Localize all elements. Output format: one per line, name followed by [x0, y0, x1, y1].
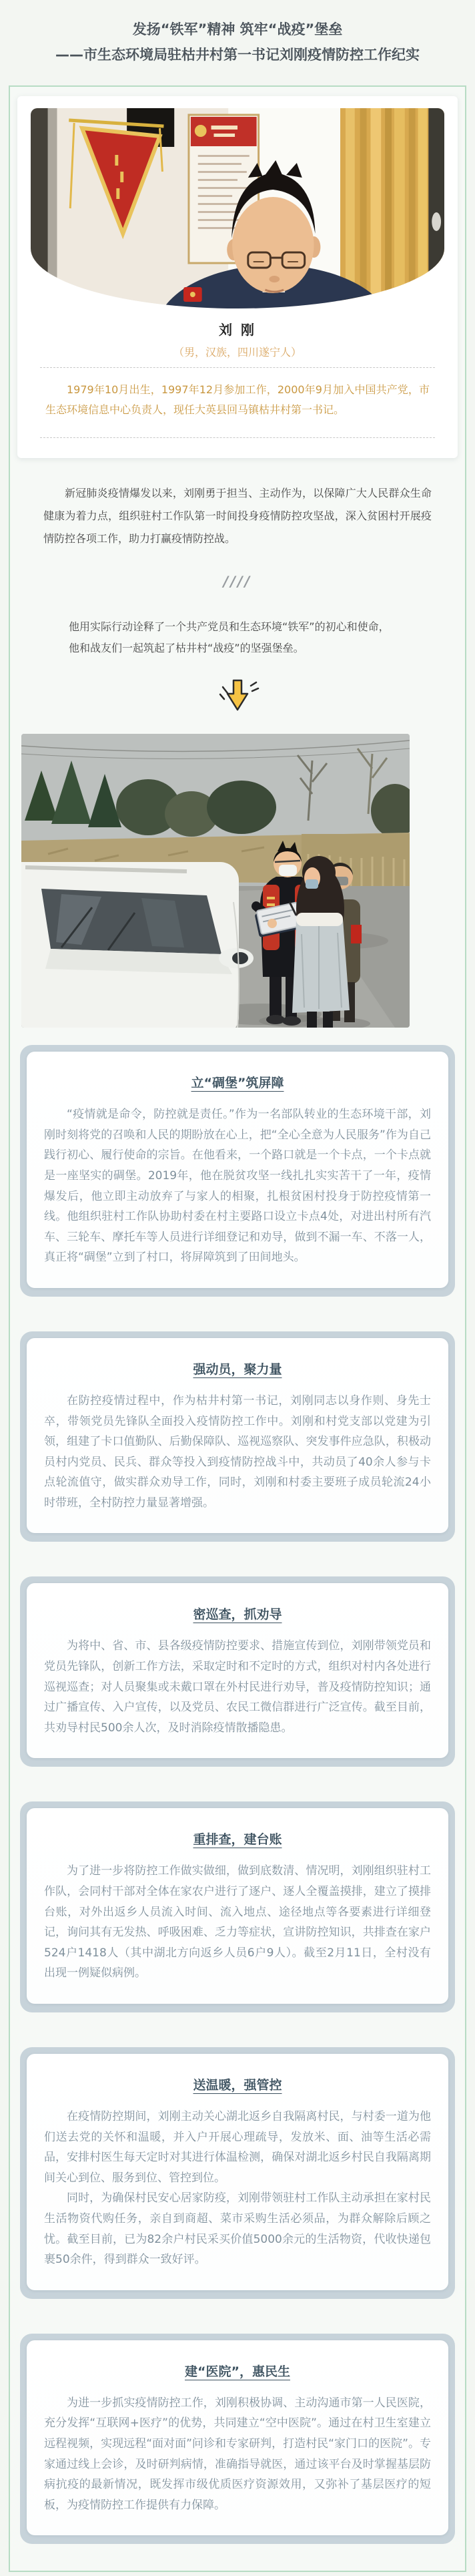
person-bio: 1979年10月出生，1997年12月参加工作，2000年9月加入中国共产党，市… [45, 380, 430, 421]
section-title-4: 重排查，建台账 [44, 1830, 431, 1848]
section-card-4: 重排查，建台账 为了进一步将防控工作做实做细，做到底数清、情况明，刘刚组织驻村工… [20, 1801, 455, 2012]
section-title-3: 密巡查，抓劝导 [44, 1604, 431, 1623]
person-name: 刘 刚 [31, 319, 444, 339]
section-title-6: 建“医院”，惠民生 [44, 2362, 431, 2380]
intro-paragraph: 新冠肺炎疫情爆发以来，刘刚勇于担当、主动作为，以保障广大人民群众生命健康为着力点… [43, 482, 432, 550]
section-card-1: 立“碉堡”筑屏障 “疫情就是命令，防控就是责任。”作为一名部队转业的生态环境干部… [20, 1045, 455, 1297]
section-card-3-inner: 密巡查，抓劝导 为将中、省、市、县各级疫情防控要求、措施宣传到位，刘刚带领党员和… [27, 1583, 448, 1758]
page-title-line1: 发扬“铁军”精神 筑牢“战疫”堡垒 [12, 17, 463, 43]
intro-quotes: 他用实际行动诠释了一个共产党员和生态环境“铁军”的初心和使命， 他和战友们一起筑… [69, 616, 438, 659]
section-paragraph: 在疫情防控期间，刘刚主动关心湖北返乡自我隔离村民，与村委一道为他们送去党的关怀和… [44, 2107, 431, 2188]
article-page: 发扬“铁军”精神 筑牢“战疫”堡垒 ——市生态环境局驻枯井村第一书记刘刚疫情防控… [0, 0, 475, 2572]
office-photo [31, 108, 444, 308]
section-card-3: 密巡查，抓劝导 为将中、省、市、县各级疫情防控要求、措施宣传到位，刘刚带领党员和… [20, 1576, 455, 1767]
section-card-2-inner: 强动员，聚力量 在防控疫情过程中，作为枯井村第一书记，刘刚同志以身作则、身先士卒… [27, 1338, 448, 1534]
checkpoint-photo [21, 734, 410, 1028]
white-suv [21, 862, 254, 1028]
person-subtitle: （男，汉族，四川遂宁人） [31, 344, 444, 359]
quote-line2: 他和战友们一起筑起了枯井村“战疫”的坚强堡垒。 [69, 638, 438, 659]
page-title: 发扬“铁军”精神 筑牢“战疫”堡垒 ——市生态环境局驻枯井村第一书记刘刚疫情防控… [12, 17, 463, 68]
section-title-5: 送温暖，强管控 [44, 2075, 431, 2093]
page-title-line2: ——市生态环境局驻枯井村第一书记刘刚疫情防控工作纪实 [12, 43, 463, 68]
section-card-6: 建“医院”，惠民生 为进一步抓实疫情防控工作，刘刚积极协调、主动沟通市第一人民医… [20, 2334, 455, 2545]
office-photo-illustration [31, 108, 444, 308]
section-title-2: 强动员，聚力量 [44, 1359, 431, 1377]
section-card-5: 送温暖，强管控 在疫情防控期间，刘刚主动关心湖北返乡自我隔离村民，与村委一道为他… [20, 2047, 455, 2299]
checkpoint-photo-illustration [21, 734, 410, 1028]
down-arrow-icon [207, 676, 268, 714]
section-paragraph: 为将中、省、市、县各级疫情防控要求、措施宣传到位，刘刚带领党员和党员先锋队，创新… [44, 1636, 431, 1738]
green-border-container: 刘 刚 （男，汉族，四川遂宁人） 1979年10月出生，1997年12月参加工作… [9, 85, 466, 2573]
quote-line1: 他用实际行动诠释了一个共产党员和生态环境“铁军”的初心和使命， [69, 616, 438, 638]
section-card-4-inner: 重排查，建台账 为了进一步将防控工作做实做细，做到底数清、情况明，刘刚组织驻村工… [27, 1808, 448, 2004]
article-header: 发扬“铁军”精神 筑牢“战疫”堡垒 ——市生态环境局驻枯井村第一书记刘刚疫情防控… [0, 0, 475, 85]
dashed-divider-bottom [40, 437, 435, 438]
dashed-divider-top [40, 367, 435, 368]
section-title-1: 立“碉堡”筑屏障 [44, 1073, 431, 1091]
section-card-5-inner: 送温暖，强管控 在疫情防控期间，刘刚主动关心湖北返乡自我隔离村民，与村委一道为他… [27, 2054, 448, 2290]
section-card-2: 强动员，聚力量 在防控疫情过程中，作为枯井村第一书记，刘刚同志以身作则、身先士卒… [20, 1331, 455, 1542]
section-paragraph: 为进一步抓实疫情防控工作，刘刚积极协调、主动沟通市第一人民医院，充分发挥“互联网… [44, 2393, 431, 2516]
section-paragraph: 同时，为确保村民安心居家防疫，刘刚带领驻村工作队主动承担在家村民生活物资代购任务… [44, 2188, 431, 2270]
section-paragraph: 为了进一步将防控工作做实做细，做到底数清、情况明，刘刚组织驻村工作队，会同村干部… [44, 1861, 431, 1984]
section-paragraph: 在防控疫情过程中，作为枯井村第一书记，刘刚同志以身作则、身先士卒，带领党员先锋队… [44, 1391, 431, 1514]
section-card-1-inner: 立“碉堡”筑屏障 “疫情就是命令，防控就是责任。”作为一名部队转业的生态环境干部… [27, 1052, 448, 1288]
scroll-hint [10, 676, 465, 714]
section-paragraph: “疫情就是命令，防控就是责任。”作为一名部队转业的生态环境干部，刘刚时刻将党的召… [44, 1104, 431, 1268]
slash-divider: //// [10, 574, 465, 590]
profile-card: 刘 刚 （男，汉族，四川遂宁人） 1979年10月出生，1997年12月参加工作… [17, 96, 458, 459]
section-card-6-inner: 建“医院”，惠民生 为进一步抓实疫情防控工作，刘刚积极协调、主动沟通市第一人民医… [27, 2340, 448, 2536]
